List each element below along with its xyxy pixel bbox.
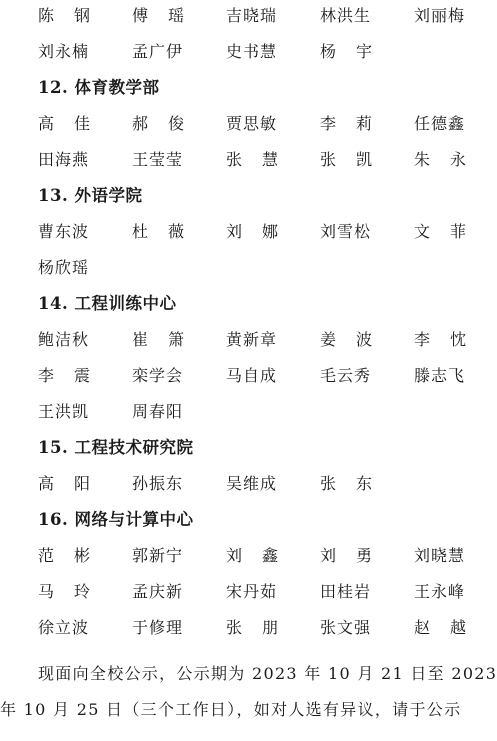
name-row: 高佳郝俊贾思敏李莉任德鑫 (38, 106, 497, 142)
name-row: 田海燕王莹莹张慧张凯朱永 (38, 142, 497, 178)
person-name: 陈钢 (38, 0, 110, 34)
person-name: 林洪生 (320, 0, 371, 34)
notice-line-1: 现面向全校公示，公示期为 2023 年 10 月 21 日至 2023 (38, 656, 497, 692)
person-name: 周春阳 (132, 394, 183, 430)
person-name: 曹东波 (38, 214, 89, 250)
person-name: 孟广伊 (132, 34, 183, 70)
person-name: 赵越 (414, 610, 486, 646)
person-name: 李忱 (414, 322, 486, 358)
section-heading: 13. 外语学院 (38, 178, 142, 214)
person-name: 崔箫 (132, 322, 204, 358)
person-name: 高阳 (38, 466, 110, 502)
person-name: 文菲 (414, 214, 486, 250)
person-name: 田海燕 (38, 142, 89, 178)
person-name: 鲍洁秋 (38, 322, 89, 358)
person-name: 李震 (38, 358, 110, 394)
person-name: 李莉 (320, 106, 392, 142)
person-name: 杜薇 (132, 214, 204, 250)
name-row: 鲍洁秋崔箫黄新章姜波李忱 (38, 322, 497, 358)
person-name: 杨宇 (320, 34, 392, 70)
section-heading: 14. 工程训练中心 (38, 286, 176, 322)
section-heading: 12. 体育教学部 (38, 70, 159, 106)
person-name: 郭新宁 (132, 538, 183, 574)
person-name: 宋丹茹 (226, 574, 277, 610)
name-row: 曹东波杜薇刘娜刘雪松文菲 (38, 214, 497, 250)
person-name: 吉晓瑞 (226, 0, 277, 34)
notice-line-2: 年 10 月 25 日（三个工作日），如对人选有异议，请于公示 (0, 692, 461, 728)
person-name: 朱永 (414, 142, 486, 178)
person-name: 徐立波 (38, 610, 89, 646)
person-name: 孙振东 (132, 466, 183, 502)
name-row: 刘永楠孟广伊史书慧杨宇 (38, 34, 497, 70)
person-name: 杨欣瑶 (38, 250, 89, 286)
section-heading: 15. 工程技术研究院 (38, 430, 193, 466)
person-name: 张慧 (226, 142, 298, 178)
name-row: 范彬郭新宁刘鑫刘勇刘晓慧 (38, 538, 497, 574)
person-name: 黄新章 (226, 322, 277, 358)
person-name: 姜波 (320, 322, 392, 358)
person-name: 高佳 (38, 106, 110, 142)
person-name: 滕志飞 (414, 358, 465, 394)
person-name: 刘雪松 (320, 214, 371, 250)
person-name: 刘永楠 (38, 34, 89, 70)
person-name: 孟庆新 (132, 574, 183, 610)
name-row: 高阳孙振东吴维成张东 (38, 466, 497, 502)
name-row: 王洪凯周春阳 (38, 394, 497, 430)
person-name: 毛云秀 (320, 358, 371, 394)
person-name: 刘娜 (226, 214, 298, 250)
person-name: 郝俊 (132, 106, 204, 142)
person-name: 张东 (320, 466, 392, 502)
person-name: 于修理 (132, 610, 183, 646)
name-row: 马玲孟庆新宋丹茹田桂岩王永峰 (38, 574, 497, 610)
person-name: 张朋 (226, 610, 298, 646)
person-name: 田桂岩 (320, 574, 371, 610)
person-name: 任德鑫 (414, 106, 465, 142)
person-name: 张凯 (320, 142, 392, 178)
person-name: 马自成 (226, 358, 277, 394)
name-row: 李震栾学会马自成毛云秀滕志飞 (38, 358, 497, 394)
person-name: 史书慧 (226, 34, 277, 70)
person-name: 傅瑶 (132, 0, 204, 34)
person-name: 刘丽梅 (414, 0, 465, 34)
name-row: 徐立波于修理张朋张文强赵越 (38, 610, 497, 646)
person-name: 王洪凯 (38, 394, 89, 430)
person-name: 张文强 (320, 610, 371, 646)
person-name: 范彬 (38, 538, 110, 574)
person-name: 栾学会 (132, 358, 183, 394)
person-name: 王永峰 (414, 574, 465, 610)
person-name: 贾思敏 (226, 106, 277, 142)
person-name: 刘晓慧 (414, 538, 465, 574)
person-name: 吴维成 (226, 466, 277, 502)
person-name: 刘鑫 (226, 538, 298, 574)
person-name: 王莹莹 (132, 142, 183, 178)
name-row: 陈钢傅瑶吉晓瑞林洪生刘丽梅 (38, 0, 497, 34)
section-heading: 16. 网络与计算中心 (38, 502, 193, 538)
person-name: 马玲 (38, 574, 110, 610)
name-row: 杨欣瑶 (38, 250, 497, 286)
person-name: 刘勇 (320, 538, 392, 574)
